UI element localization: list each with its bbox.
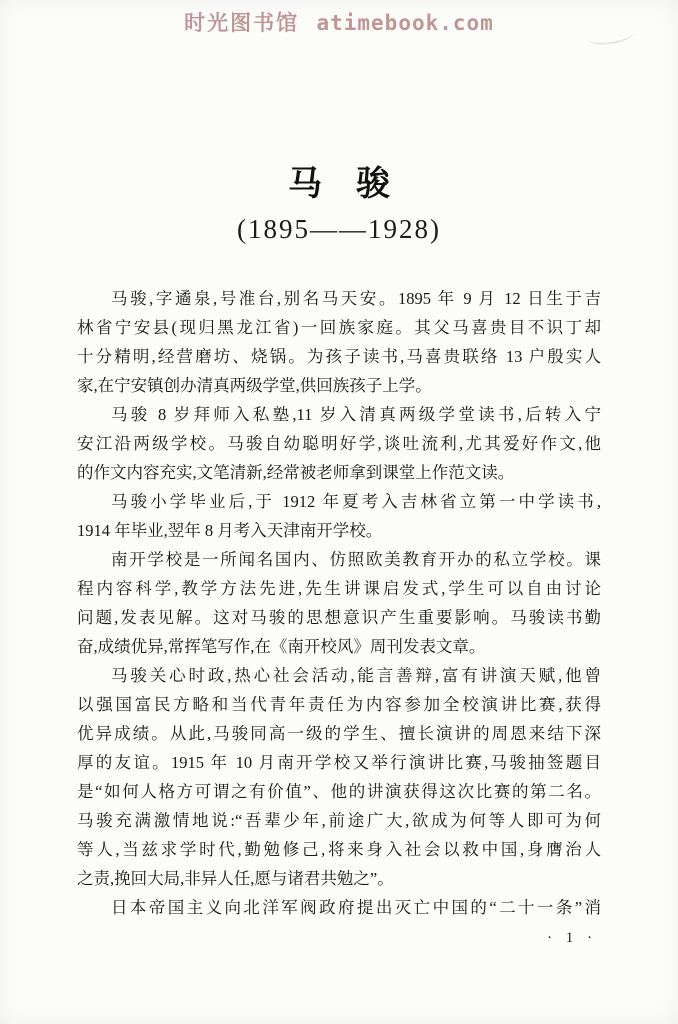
- text-line: 日本帝国主义向北洋军阀政府提出灭亡中国的“二十一条”消: [77, 893, 601, 922]
- text-line: 马骏关心时政,热心社会活动,能言善辩,富有讲演天赋,他曾: [77, 661, 601, 690]
- watermark-site-url: atimebook.com: [316, 11, 493, 35]
- text-line: 奋,成绩优异,常挥笔写作,在《南开校风》周刊发表文章。: [77, 632, 601, 661]
- text-line: 安江沿两级学校。马骏自幼聪明好学,谈吐流利,尤其爱好作文,他: [77, 429, 601, 458]
- text-line: 南开学校是一所闻名国内、仿照欧美教育开办的私立学校。课: [77, 545, 601, 574]
- paragraph: 马骏,字遹泉,号准台,别名马天安。1895 年 9 月 12 日生于吉林省宁安县…: [77, 284, 601, 400]
- body-text: 马骏,字遹泉,号准台,别名马天安。1895 年 9 月 12 日生于吉林省宁安县…: [77, 284, 601, 922]
- text-line: 的作文内容充实,文笔清新,经常被老师拿到课堂上作范文读。: [77, 458, 601, 487]
- watermark-library-name: 时光图书馆: [184, 11, 299, 35]
- text-line: 之责,挽回大局,非异人任,愿与诸君共勉之”。: [77, 864, 601, 893]
- text-line: 马骏小学毕业后,于 1912 年夏考入吉林省立第一中学读书,: [77, 487, 601, 516]
- text-line: 以强国富民方略和当代青年责任为内容参加全校演讲比赛,获得: [77, 690, 601, 719]
- text-line: 1914 年毕业,翌年 8 月考入天津南开学校。: [77, 516, 601, 545]
- text-line: 优异成绩。从此,马骏同高一级的学生、擅长演讲的周恩来结下深: [77, 719, 601, 748]
- paragraph: 日本帝国主义向北洋军阀政府提出灭亡中国的“二十一条”消: [77, 893, 601, 922]
- paragraph: 南开学校是一所闻名国内、仿照欧美教育开办的私立学校。课程内容科学,教学方法先进,…: [77, 545, 601, 661]
- text-line: 是“如何人格方可谓之有价值”、他的讲演获得这次比赛的第二名。: [77, 777, 601, 806]
- text-line: 马骏 8 岁拜师入私塾,11 岁入清真两级学堂读书,后转入宁: [77, 400, 601, 429]
- life-span: (1895——1928): [77, 214, 601, 245]
- watermark: 时光图书馆 atimebook.com: [0, 7, 678, 37]
- text-line: 林省宁安县(现归黑龙江省)一回族家庭。其父马喜贵目不识丁却: [77, 313, 601, 342]
- paragraph: 马骏小学毕业后,于 1912 年夏考入吉林省立第一中学读书,1914 年毕业,翌…: [77, 487, 601, 545]
- text-line: 十分精明,经营磨坊、烧锅。为孩子读书,马喜贵联络 13 户殷实人: [77, 342, 601, 371]
- page-number: · 1 ·: [77, 930, 601, 947]
- scan-artifact: [587, 26, 634, 47]
- text-line: 问题,发表见解。这对马骏的思想意识产生重要影响。马骏读书勤: [77, 603, 601, 632]
- text-line: 家,在宁安镇创办清真两级学堂,供回族孩子上学。: [77, 371, 601, 400]
- book-page: 时光图书馆 atimebook.com 马 骏 (1895——1928) 马骏,…: [0, 0, 678, 1024]
- text-line: 程内容科学,教学方法先进,先生讲课启发式,学生可以自由讨论: [77, 574, 601, 603]
- paragraph: 马骏 8 岁拜师入私塾,11 岁入清真两级学堂读书,后转入宁安江沿两级学校。马骏…: [77, 400, 601, 487]
- text-line: 马骏,字遹泉,号准台,别名马天安。1895 年 9 月 12 日生于吉: [77, 284, 601, 313]
- chapter-heading: 马 骏 (1895——1928): [77, 156, 601, 245]
- text-line: 等人,当兹求学时代,勤勉修己,将来身入社会以救中国,身膺治人: [77, 835, 601, 864]
- text-line: 厚的友谊。1915 年 10 月南开学校又举行演讲比赛,马骏抽签题目: [77, 748, 601, 777]
- page-title: 马 骏: [77, 156, 601, 205]
- text-line: 马骏充满激情地说:“吾辈少年,前途广大,欲成为何等人即可为何: [77, 806, 601, 835]
- paragraph: 马骏关心时政,热心社会活动,能言善辩,富有讲演天赋,他曾以强国富民方略和当代青年…: [77, 661, 601, 893]
